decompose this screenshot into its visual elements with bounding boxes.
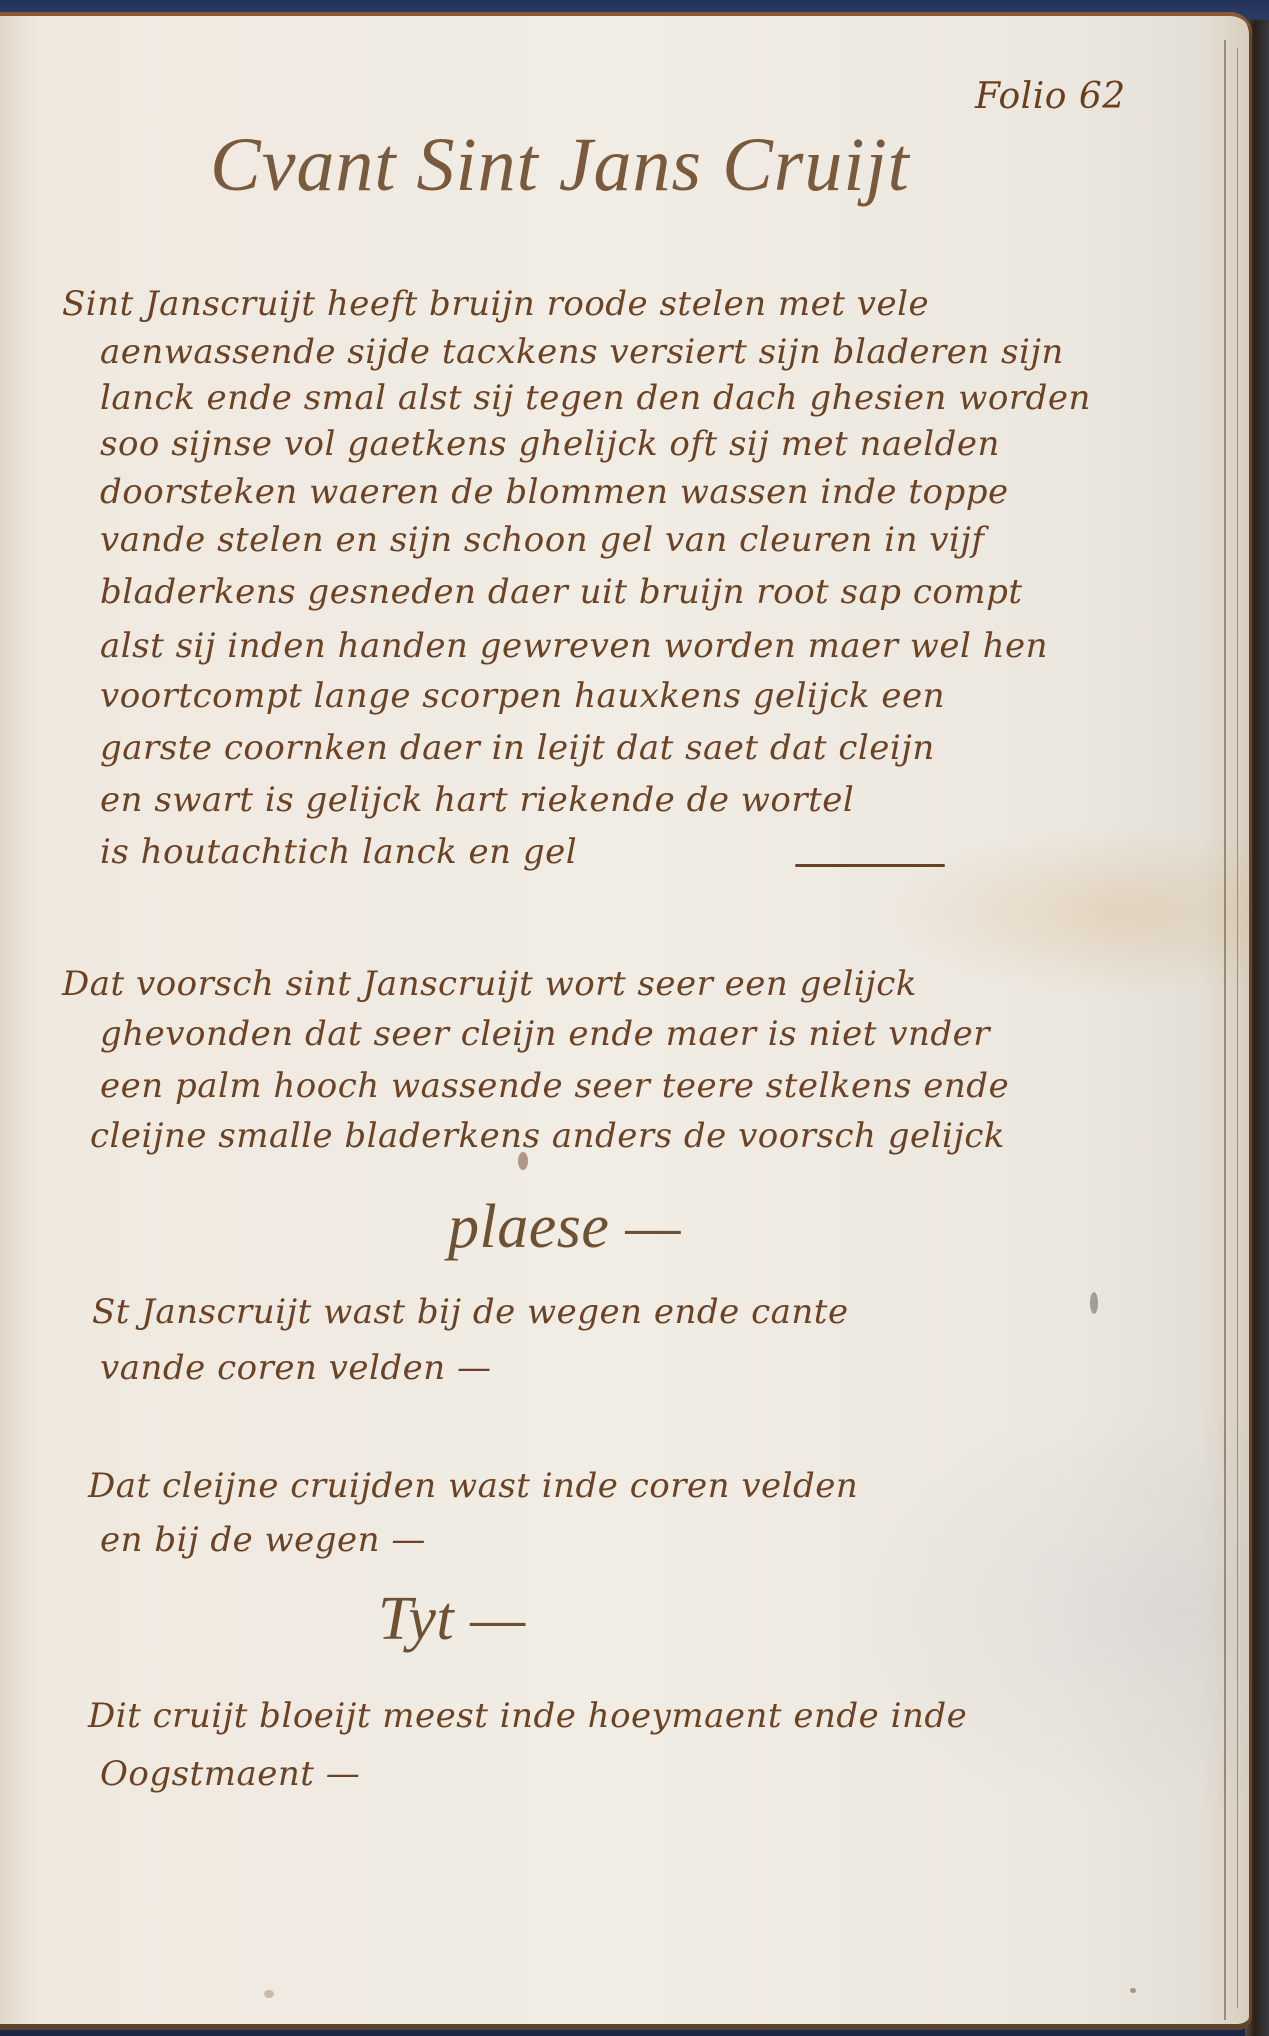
scan-background: Folio 62 Cvant Sint Jans Cruijt Sint Jan… — [0, 0, 1269, 2036]
text-line: is houtachtich lanck en gel — [100, 832, 577, 872]
text-line: bladerkens gesneden daer uit bruijn root… — [100, 572, 1023, 612]
text-line: Dat voorsch sint Janscruijt wort seer ee… — [62, 964, 917, 1004]
text-line: Oogstmaent — — [100, 1754, 360, 1794]
heading-place: plaese — — [448, 1192, 681, 1263]
text-line: aenwassende sijde tacxkens versiert sijn… — [100, 332, 1064, 372]
text-line: Dat cleijne cruijden wast inde coren vel… — [88, 1466, 858, 1506]
text-line: een palm hooch wassende seer teere stelk… — [100, 1066, 1009, 1106]
text-line: voortcompt lange scorpen hauxkens gelijc… — [100, 676, 945, 716]
text-line: ghevonden dat seer cleijn ende maer is n… — [100, 1014, 990, 1054]
text-line: garste coornken daer in leijt dat saet d… — [100, 728, 935, 768]
folio-number: Folio 62 — [975, 76, 1126, 117]
text-line: St Janscruijt wast bij de wegen ende can… — [92, 1292, 849, 1332]
page-edge-line — [1224, 40, 1226, 2020]
text-line: vande coren velden — — [100, 1348, 491, 1388]
text-line: doorsteken waeren de blommen wassen inde… — [100, 472, 1009, 512]
ink-blot — [518, 1152, 528, 1170]
heading-time: Tyt — — [378, 1584, 526, 1655]
text-line: Sint Janscruijt heeft bruijn roode stele… — [62, 284, 929, 324]
text-line: vande stelen en sijn schoon gel van cleu… — [100, 520, 984, 560]
paper-spot — [264, 1990, 274, 1998]
text-line: soo sijnse vol gaetkens ghelijck oft sij… — [100, 424, 1000, 464]
text-line: en swart is gelijck hart riekende de wor… — [100, 780, 854, 820]
page-edge-line-inner — [1237, 48, 1238, 2008]
text-line: alst sij inden handen gewreven worden ma… — [100, 626, 1048, 666]
text-line: cleijne smalle bladerkens anders de voor… — [90, 1116, 1005, 1156]
page-title: Cvant Sint Jans Cruijt — [210, 122, 910, 209]
manuscript-page: Folio 62 Cvant Sint Jans Cruijt Sint Jan… — [0, 12, 1252, 2030]
line-end-rule — [795, 864, 945, 867]
paper-spot — [1130, 1988, 1136, 1993]
text-line: Dit cruijt bloeijt meest inde hoeymaent … — [88, 1696, 967, 1736]
text-line: en bij de wegen — — [100, 1520, 426, 1560]
text-line: lanck ende smal alst sij tegen den dach … — [100, 378, 1091, 418]
ink-blot — [1090, 1292, 1098, 1314]
